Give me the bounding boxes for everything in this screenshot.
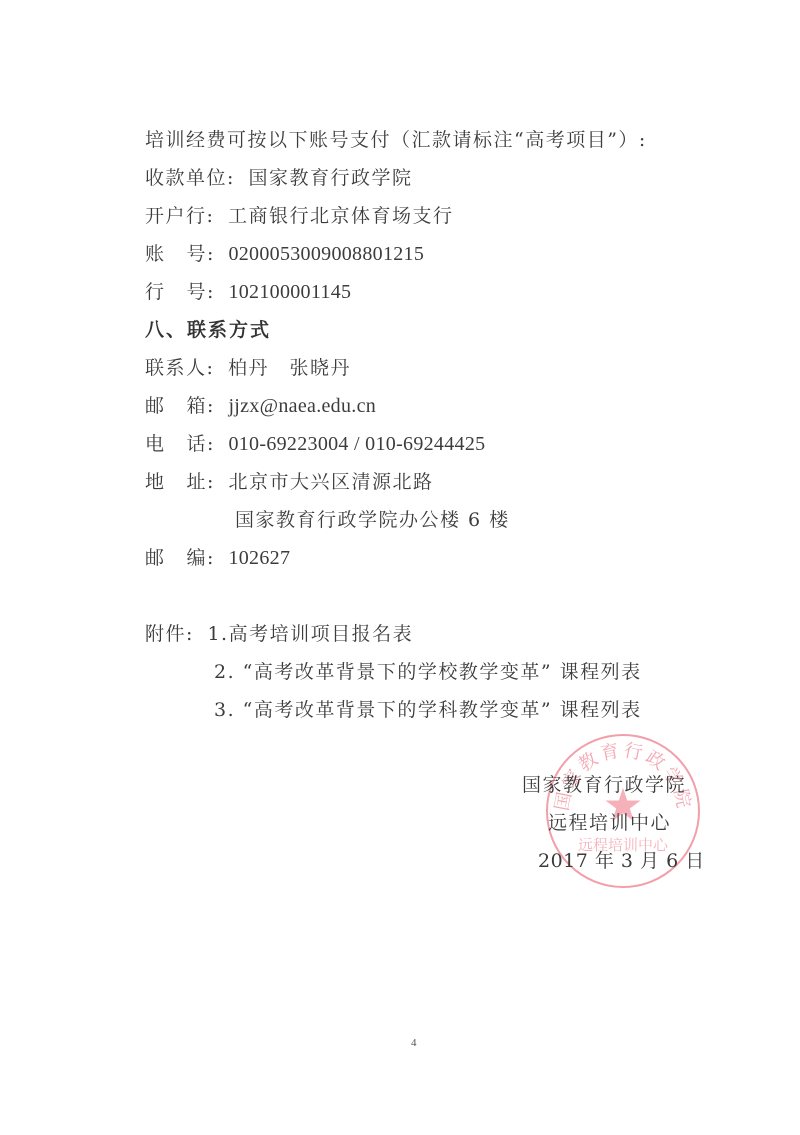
signature-date: 2017 年 3 月 6 日 (538, 849, 705, 873)
attachments-label: 附件 (145, 622, 186, 646)
phone-value: 010-69223004 / 010-69244425 (228, 432, 485, 456)
bank-code-row: 行 号 : 102100001145 (145, 280, 351, 304)
attachment-item-1: 1.高考培训项目报名表 (207, 622, 413, 646)
contact-person-value: 柏丹 张晓丹 (228, 356, 351, 380)
bank-row: 开户行: 工商银行北京体育场支行 (145, 204, 453, 228)
account-label-char-2: 号 (186, 242, 207, 266)
bank-label: 开户行 (145, 204, 207, 228)
postcode-row: 邮 编 : 102627 (145, 546, 290, 570)
colon: : (207, 204, 215, 228)
account-value: 0200053009008801215 (228, 242, 424, 266)
account-label-char-1: 账 (145, 242, 166, 266)
attachments-row: 附件: 1.高考培训项目报名表 (145, 622, 413, 646)
payee-label: 收款单位 (145, 166, 227, 190)
payee-value: 国家教育行政学院 (248, 166, 412, 190)
phone-label-char-1: 电 (145, 432, 166, 456)
bank-value: 工商银行北京体育场支行 (228, 204, 454, 228)
account-row: 账 号 : 0200053009008801215 (145, 242, 424, 266)
email-label: 邮 箱 (145, 394, 207, 418)
colon: : (207, 470, 215, 494)
attachment-item-2: 2. “高考改革背景下的学校教学变革” 课程列表 (214, 660, 642, 684)
email-row: 邮 箱 : jjzx@naea.edu.cn (145, 394, 376, 418)
account-label: 账 号 (145, 242, 207, 266)
signature-organization: 国家教育行政学院 (522, 773, 686, 797)
phone-row: 电 话 : 010-69223004 / 010-69244425 (145, 432, 485, 456)
contact-heading: 八、联系方式 (145, 318, 271, 342)
postcode-label-char-2: 编 (186, 546, 207, 570)
email-label-char-2: 箱 (186, 394, 207, 418)
phone-label: 电 话 (145, 432, 207, 456)
colon: : (186, 622, 194, 646)
address-label-char-2: 址 (186, 470, 207, 494)
contact-person-label: 联系人 (145, 356, 207, 380)
colon: : (207, 432, 215, 456)
attachment-item-3: 3. “高考改革背景下的学科教学变革” 课程列表 (214, 698, 642, 722)
bank-code-label: 行 号 (145, 280, 207, 304)
address-line-1: 北京市大兴区清源北路 (228, 470, 433, 494)
bank-code-label-char-1: 行 (145, 280, 166, 304)
address-label-char-1: 地 (145, 470, 166, 494)
colon: : (207, 546, 215, 570)
document-page: 培训经费可按以下账号支付（汇款请标注“高考项目”）: 收款单位: 国家教育行政学… (0, 0, 800, 1135)
colon: : (207, 242, 215, 266)
colon: : (207, 394, 215, 418)
address-label: 地 址 (145, 470, 207, 494)
email-value[interactable]: jjzx@naea.edu.cn (228, 394, 376, 418)
email-label-char-1: 邮 (145, 394, 166, 418)
page-number: 4 (411, 1037, 417, 1049)
payee-row: 收款单位: 国家教育行政学院 (145, 166, 412, 190)
postcode-label: 邮 编 (145, 546, 207, 570)
bank-code-label-char-2: 号 (186, 280, 207, 304)
postcode-label-char-1: 邮 (145, 546, 166, 570)
colon: : (227, 166, 235, 190)
address-row: 地 址 : 北京市大兴区清源北路 (145, 470, 433, 494)
postcode-value: 102627 (228, 546, 290, 570)
bank-code-value: 102100001145 (228, 280, 351, 304)
colon: : (207, 356, 215, 380)
phone-label-char-2: 话 (186, 432, 207, 456)
payment-intro: 培训经费可按以下账号支付（汇款请标注“高考项目”）: (145, 128, 647, 152)
address-line-2: 国家教育行政学院办公楼 6 楼 (235, 508, 510, 532)
payment-intro-text: 培训经费可按以下账号支付（汇款请标注“高考项目”）: (145, 129, 647, 151)
contact-person-row: 联系人: 柏丹 张晓丹 (145, 356, 351, 380)
signature-department: 远程培训中心 (548, 811, 671, 835)
colon: : (207, 280, 215, 304)
